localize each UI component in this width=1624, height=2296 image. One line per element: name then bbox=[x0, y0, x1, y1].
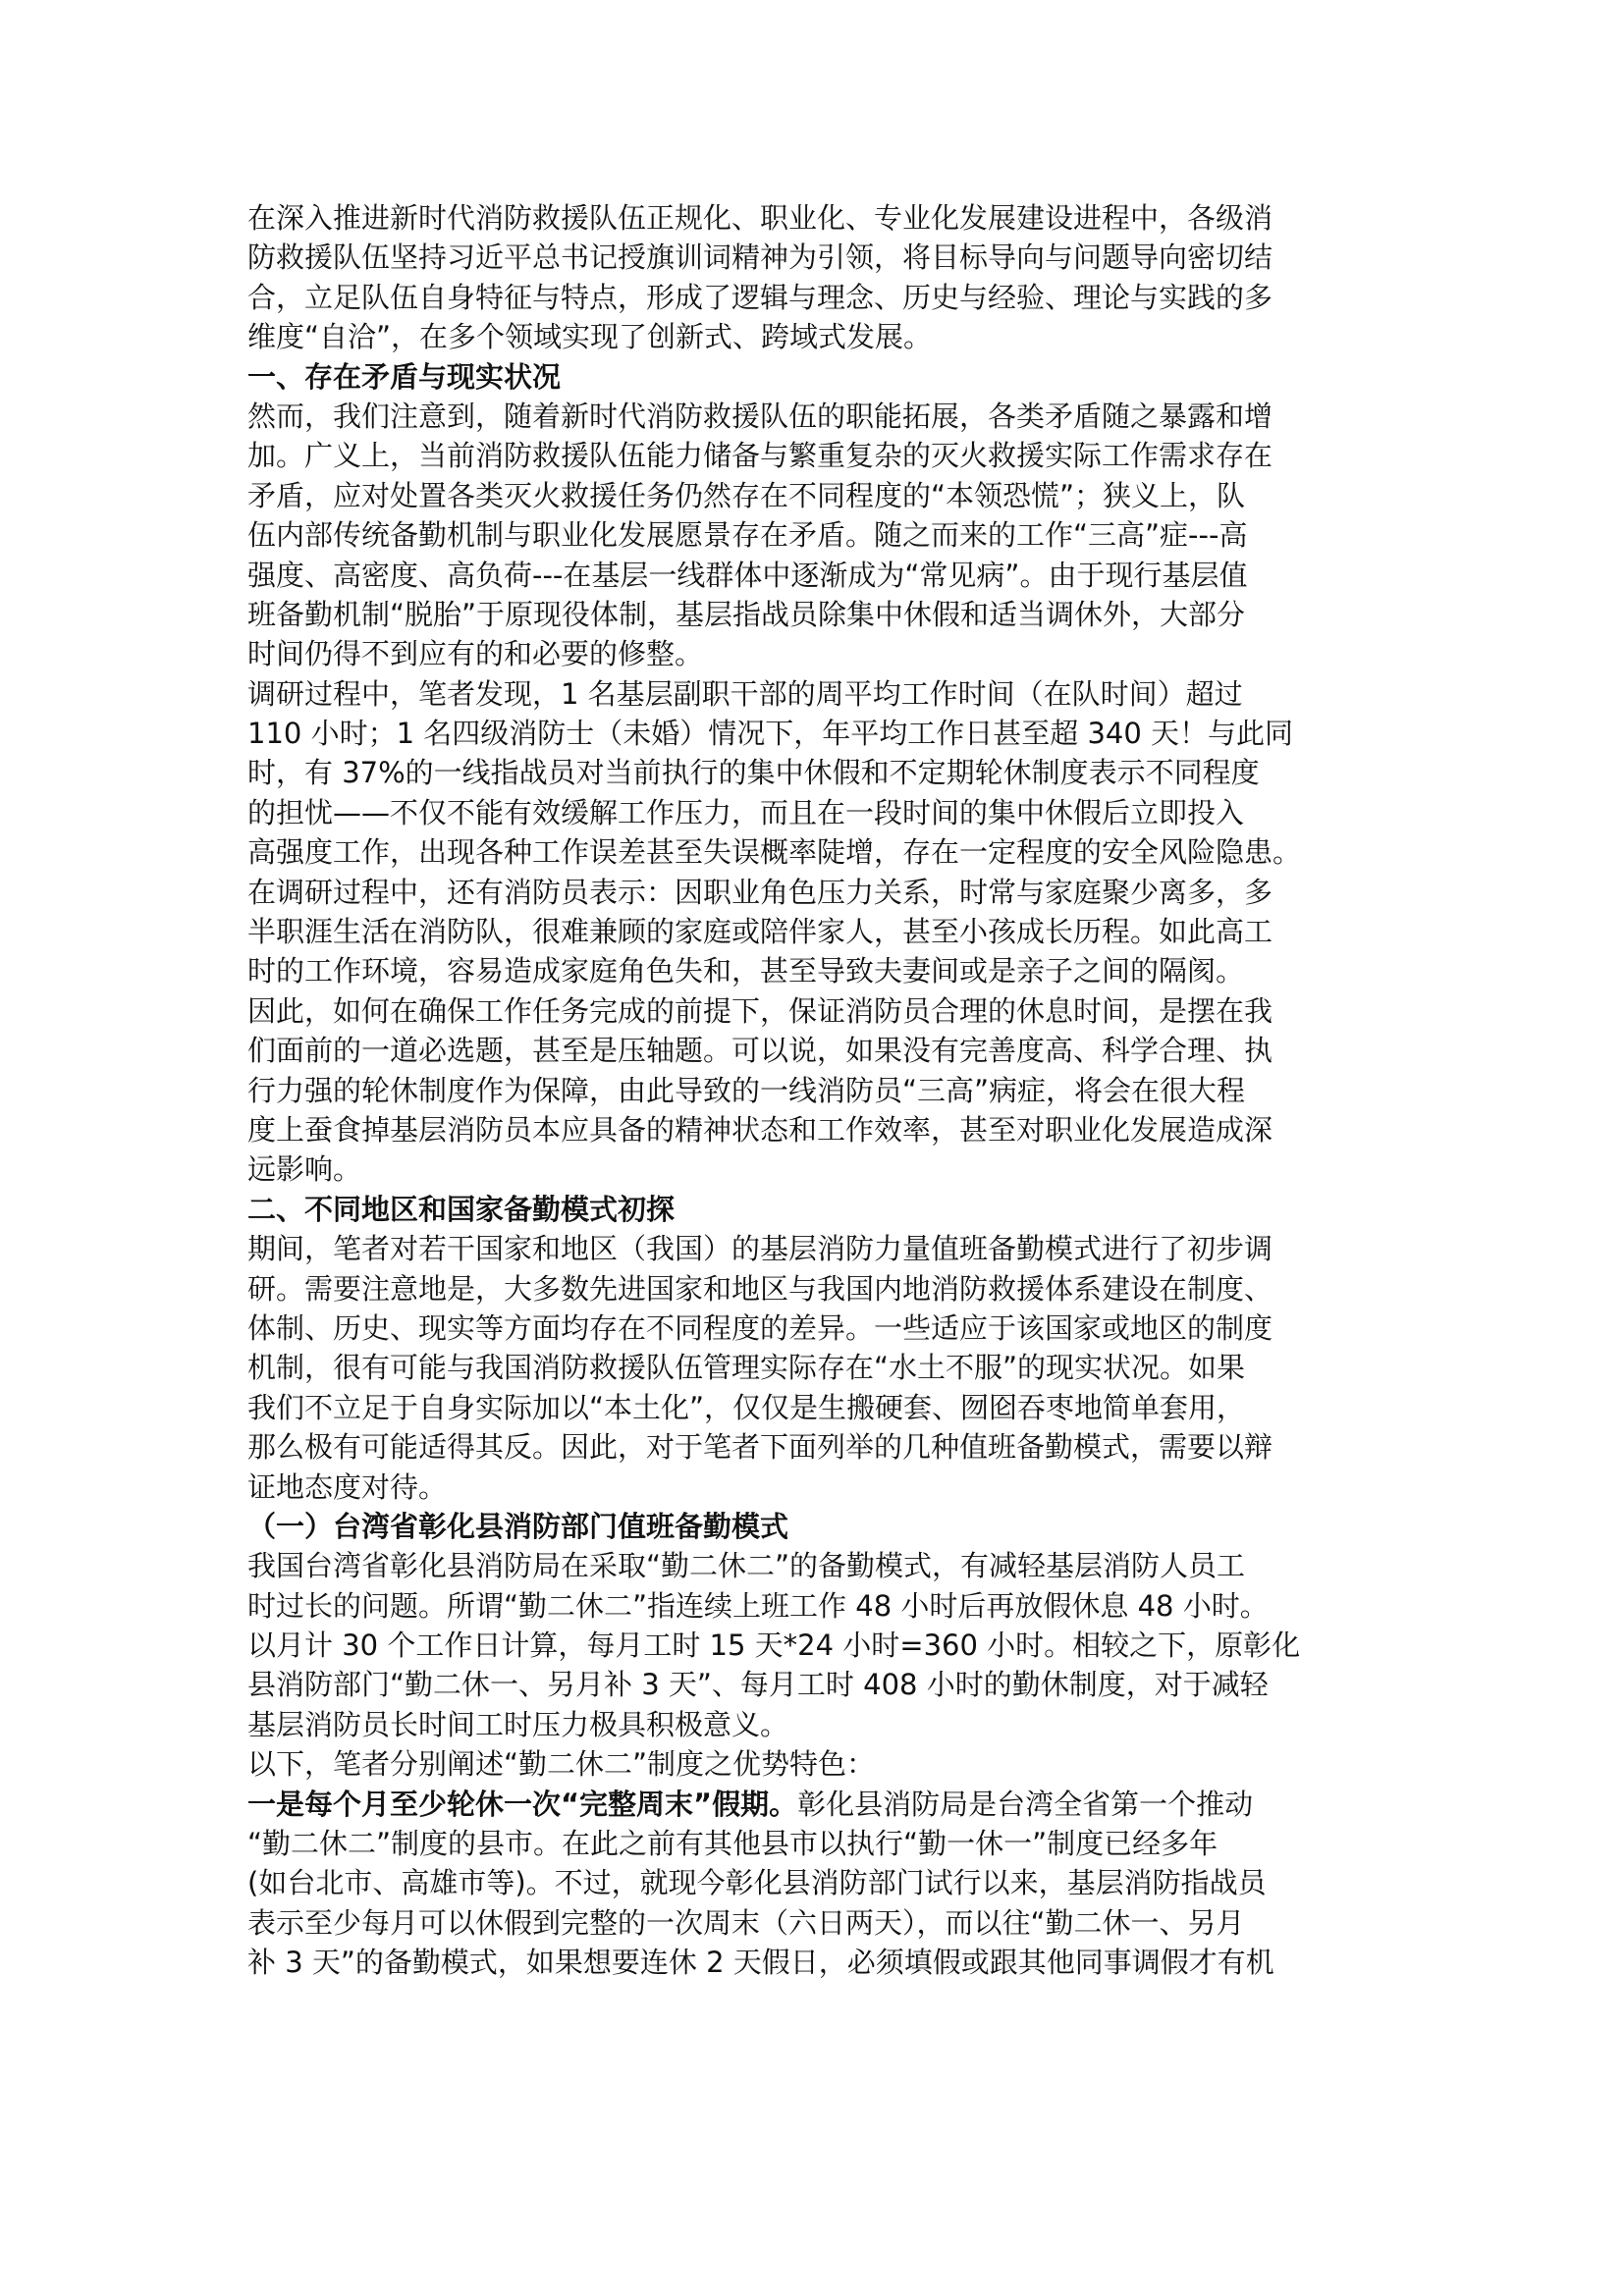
text-line: 研。需要注意地是，大多数先进国家和地区与我国内地消防救援体系建设在制度、 bbox=[247, 1269, 1386, 1308]
text-line: 补 3 天”的备勤模式，如果想要连休 2 天假日，必须填假或跟其他同事调假才有机 bbox=[247, 1943, 1386, 1982]
text-line: 高强度工作，出现各种工作误差甚至失误概率陡增，存在一定程度的安全风险隐患。 bbox=[247, 832, 1386, 872]
text-line: 合，立足队伍自身特征与特点，形成了逻辑与理念、历史与经验、理论与实践的多 bbox=[247, 278, 1386, 317]
text-line: 半职涯生活在消防队，很难兼顾的家庭或陪伴家人，甚至小孩成长历程。如此高工 bbox=[247, 912, 1386, 951]
subsection-heading-1: （一）台湾省彰化县消防部门值班备勤模式 bbox=[247, 1507, 1386, 1546]
text-line: 调研过程中，笔者发现，1 名基层副职干部的周平均工作时间（在队时间）超过 bbox=[247, 674, 1386, 714]
section-heading-2: 二、不同地区和国家备勤模式初探 bbox=[247, 1190, 1386, 1229]
bold-lead: 一是每个月至少轮休一次“完整周末”假期。 bbox=[247, 1788, 797, 1821]
text-line: 我国台湾省彰化县消防局在采取“勤二休二”的备勤模式，有减轻基层消防人员工 bbox=[247, 1546, 1386, 1585]
text-line: 伍内部传统备勤机制与职业化发展愿景存在矛盾。随之而来的工作“三高”症---高 bbox=[247, 515, 1386, 555]
text-line: 度上蚕食掉基层消防员本应具备的精神状态和工作效率，甚至对职业化发展造成深 bbox=[247, 1110, 1386, 1149]
text-line: 以月计 30 个工作日计算，每月工时 15 天*24 小时=360 小时。相较之… bbox=[247, 1626, 1386, 1665]
text-line: 时的工作环境，容易造成家庭角色失和，甚至导致夫妻间或是亲子之间的隔阂。 bbox=[247, 951, 1386, 990]
text-line: 的担忧——不仅不能有效缓解工作压力，而且在一段时间的集中休假后立即投入 bbox=[247, 793, 1386, 832]
text-line: 在深入推进新时代消防救援队伍正规化、职业化、专业化发展建设进程中，各级消 bbox=[247, 198, 1386, 238]
text-line: 远影响。 bbox=[247, 1149, 1386, 1189]
advantages-intro-paragraph: 以下，笔者分别阐述“勤二休二”制度之优势特色： bbox=[247, 1744, 1386, 1784]
text-line: 机制，很有可能与我国消防救援队伍管理实际存在“水土不服”的现实状况。如果 bbox=[247, 1348, 1386, 1387]
text-line: “勤二休二”制度的县市。在此之前有其他县市以执行“勤一休一”制度已经多年 bbox=[247, 1824, 1386, 1863]
text-line: 那么极有可能适得其反。因此，对于笔者下面列举的几种值班备勤模式，需要以辩 bbox=[247, 1427, 1386, 1467]
text-line: 加。广义上，当前消防救援队伍能力储备与繁重复杂的灭火救援实际工作需求存在 bbox=[247, 436, 1386, 475]
text-line: 因此，如何在确保工作任务完成的前提下，保证消防员合理的休息时间，是摆在我 bbox=[247, 991, 1386, 1031]
text-line: 然而，我们注意到，随着新时代消防救援队伍的职能拓展，各类矛盾随之暴露和增 bbox=[247, 397, 1386, 436]
family-paragraph: 在调研过程中，还有消防员表示：因职业角色压力关系，时常与家庭聚少离多，多 半职涯… bbox=[247, 873, 1386, 991]
text-line: 表示至少每月可以休假到完整的一次周末（六日两天），而以往“勤二休一、另月 bbox=[247, 1903, 1386, 1943]
text-line: 防救援队伍坚持习近平总书记授旗训词精神为引领，将目标导向与问题导向密切结 bbox=[247, 238, 1386, 277]
text-line: 以下，笔者分别阐述“勤二休二”制度之优势特色： bbox=[247, 1744, 1386, 1784]
text-line: 体制、历史、现实等方面均存在不同程度的差异。一些适应于该国家或地区的制度 bbox=[247, 1308, 1386, 1348]
text-line: 我们不立足于自身实际加以“本土化”，仅仅是生搬硬套、囫囵吞枣地简单套用， bbox=[247, 1388, 1386, 1427]
survey-paragraph: 期间，笔者对若干国家和地区（我国）的基层消防力量值班备勤模式进行了初步调 研。需… bbox=[247, 1229, 1386, 1507]
text-line: 一是每个月至少轮休一次“完整周末”假期。彰化县消防局是台湾全省第一个推动 bbox=[247, 1785, 1386, 1824]
text-line: 时间仍得不到应有的和必要的修整。 bbox=[247, 634, 1386, 673]
text-span: 彰化县消防局是台湾全省第一个推动 bbox=[797, 1788, 1253, 1821]
text-line: 县消防部门“勤二休一、另月补 3 天”、每月工时 408 小时的勤休制度，对于减… bbox=[247, 1665, 1386, 1704]
document-page: 在深入推进新时代消防救援队伍正规化、职业化、专业化发展建设进程中，各级消 防救援… bbox=[247, 198, 1386, 1983]
text-line: 班备勤机制“脱胎”于原现役体制，基层指战员除集中休假和适当调休外，大部分 bbox=[247, 595, 1386, 634]
research-paragraph: 调研过程中，笔者发现，1 名基层副职干部的周平均工作时间（在队时间）超过 110… bbox=[247, 674, 1386, 873]
conclusion-paragraph: 因此，如何在确保工作任务完成的前提下，保证消防员合理的休息时间，是摆在我 们面前… bbox=[247, 991, 1386, 1190]
taiwan-model-paragraph: 我国台湾省彰化县消防局在采取“勤二休二”的备勤模式，有减轻基层消防人员工 时过长… bbox=[247, 1546, 1386, 1744]
contradiction-paragraph: 然而，我们注意到，随着新时代消防救援队伍的职能拓展，各类矛盾随之暴露和增 加。广… bbox=[247, 397, 1386, 674]
text-line: 基层消防员长时间工时压力极具积极意义。 bbox=[247, 1705, 1386, 1744]
text-line: 110 小时；1 名四级消防士（未婚）情况下，年平均工作日甚至超 340 天！与… bbox=[247, 714, 1386, 753]
text-line: 证地态度对待。 bbox=[247, 1468, 1386, 1507]
intro-paragraph: 在深入推进新时代消防救援队伍正规化、职业化、专业化发展建设进程中，各级消 防救援… bbox=[247, 198, 1386, 357]
text-line: 们面前的一道必选题，甚至是压轴题。可以说，如果没有完善度高、科学合理、执 bbox=[247, 1031, 1386, 1070]
text-line: 时，有 37%的一线指战员对当前执行的集中休假和不定期轮休制度表示不同程度 bbox=[247, 753, 1386, 792]
advantage-one-paragraph: 一是每个月至少轮休一次“完整周末”假期。彰化县消防局是台湾全省第一个推动 “勤二… bbox=[247, 1785, 1386, 1983]
text-line: 在调研过程中，还有消防员表示：因职业角色压力关系，时常与家庭聚少离多，多 bbox=[247, 873, 1386, 912]
text-line: 强度、高密度、高负荷---在基层一线群体中逐渐成为“常见病”。由于现行基层值 bbox=[247, 556, 1386, 595]
section-heading-1: 一、存在矛盾与现实状况 bbox=[247, 357, 1386, 397]
text-line: 时过长的问题。所谓“勤二休二”指连续上班工作 48 小时后再放假休息 48 小时… bbox=[247, 1586, 1386, 1626]
text-line: 期间，笔者对若干国家和地区（我国）的基层消防力量值班备勤模式进行了初步调 bbox=[247, 1229, 1386, 1268]
text-line: 矛盾，应对处置各类灭火救援任务仍然存在不同程度的“本领恐慌”；狭义上，队 bbox=[247, 476, 1386, 515]
text-line: 维度“自洽”，在多个领域实现了创新式、跨域式发展。 bbox=[247, 317, 1386, 356]
text-line: (如台北市、高雄市等)。不过，就现今彰化县消防部门试行以来，基层消防指战员 bbox=[247, 1863, 1386, 1902]
text-line: 行力强的轮休制度作为保障，由此导致的一线消防员“三高”病症，将会在很大程 bbox=[247, 1071, 1386, 1110]
